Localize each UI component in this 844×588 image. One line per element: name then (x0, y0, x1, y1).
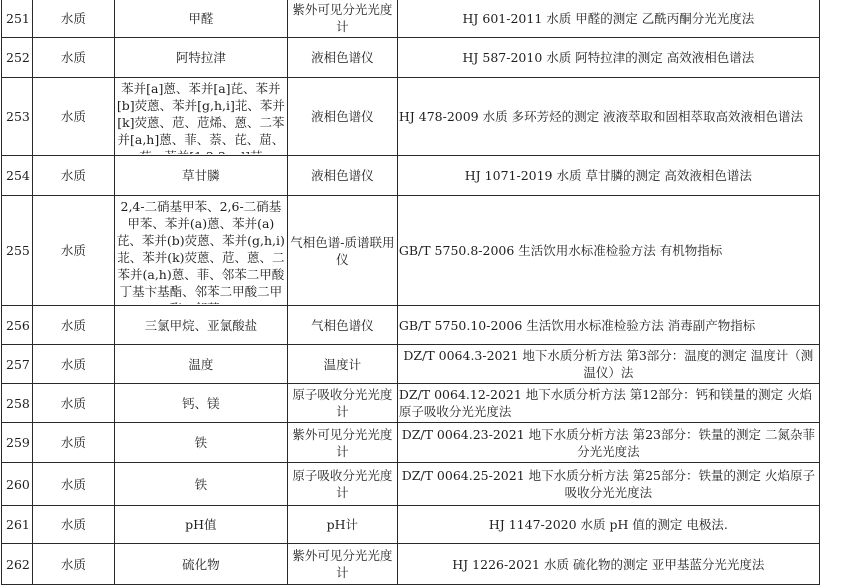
item-text: 硫化物 (117, 556, 285, 573)
standard-text: GB/T 5750.10-2006 生活饮用水标准检验方法 消毒副产物指标 (399, 318, 755, 333)
standard-text: DZ/T 0064.23-2021 地下水质分析方法 第23部分：铁量的测定 二… (402, 427, 815, 459)
row-number: 254 (2, 156, 33, 196)
instrument-text: 温度计 (324, 357, 362, 372)
item-text: pH值 (117, 516, 285, 533)
standard-text: GB/T 5750.8-2006 生活饮用水标准检验方法 有机物指标 (399, 243, 722, 258)
table-row: 251 水质 甲醛 紫外可见分光光度计 HJ 601-2011 水质 甲醛的测定… (2, 0, 820, 38)
no-text: 255 (6, 243, 30, 258)
instrument-text: 液相色谱仪 (311, 109, 374, 124)
standard-text: HJ 1226-2021 水质 硫化物的测定 亚甲基蓝分光光度法 (452, 557, 764, 572)
standard-text: DZ/T 0064.12-2021 地下水质分析方法 第12部分：钙和镁量的测定… (399, 387, 812, 419)
row-number: 253 (2, 78, 33, 156)
category-cell: 水质 (32, 345, 114, 384)
standard-text: DZ/T 0064.3-2021 地下水质分析方法 第3部分：温度的测定 温度计… (403, 348, 813, 380)
instrument-cell: 紫外可见分光光度计 (287, 0, 397, 38)
table-row: 252 水质 阿特拉津 液相色谱仪 HJ 587-2010 水质 阿特拉津的测定… (2, 38, 820, 78)
standards-table: 251 水质 甲醛 紫外可见分光光度计 HJ 601-2011 水质 甲醛的测定… (1, 0, 820, 585)
item-text: 铁 (117, 476, 285, 493)
instrument-cell: 原子吸收分光光度计 (287, 384, 397, 423)
row-number: 262 (2, 544, 33, 585)
row-number: 261 (2, 506, 33, 544)
category-text: 水质 (61, 109, 86, 124)
table-row: 262 水质 硫化物 紫外可见分光光度计 HJ 1226-2021 水质 硫化物… (2, 544, 820, 585)
instrument-cell: 液相色谱仪 (287, 78, 397, 156)
table-row: 254 水质 草甘膦 液相色谱仪 HJ 1071-2019 水质 草甘膦的测定 … (2, 156, 820, 196)
category-text: 水质 (61, 11, 86, 26)
table-row: 256 水质 三氯甲烷、亚氯酸盐 气相色谱仪 GB/T 5750.10-2006… (2, 306, 820, 345)
row-number: 256 (2, 306, 33, 345)
standard-text: HJ 1147-2020 水质 pH 值的测定 电极法. (489, 517, 728, 532)
standard-method-cell: DZ/T 0064.25-2021 地下水质分析方法 第25部分：铁量的测定 火… (397, 463, 819, 506)
category-cell: 水质 (32, 384, 114, 423)
category-text: 水质 (61, 50, 86, 65)
no-text: 259 (6, 435, 30, 450)
item-text: 钙、镁 (117, 395, 285, 412)
standard-method-cell: HJ 1226-2021 水质 硫化物的测定 亚甲基蓝分光光度法 (397, 544, 819, 585)
category-cell: 水质 (32, 544, 114, 585)
test-item-cell: 温度 (114, 345, 287, 384)
no-text: 252 (6, 50, 30, 65)
standard-text: DZ/T 0064.25-2021 地下水质分析方法 第25部分：铁量的测定 火… (402, 468, 815, 500)
item-text: 铁 (117, 434, 285, 451)
test-item-cell: 草甘膦 (114, 156, 287, 196)
standard-text: HJ 1071-2019 水质 草甘膦的测定 高效液相色谱法 (465, 168, 752, 183)
no-text: 257 (6, 357, 30, 372)
category-text: 水质 (61, 557, 86, 572)
instrument-text: 气相色谱仪 (311, 318, 374, 333)
no-text: 258 (6, 396, 30, 411)
table-row: 258 水质 钙、镁 原子吸收分光光度计 DZ/T 0064.12-2021 地… (2, 384, 820, 423)
test-item-cell: 铁 (114, 463, 287, 506)
category-cell: 水质 (32, 0, 114, 38)
test-item-cell: 2,4-二硝基甲苯、2,6-二硝基甲苯、苯并(a)蒽、苯并(a)芘、苯并(b)荧… (114, 196, 287, 306)
row-number: 255 (2, 196, 33, 306)
instrument-text: 原子吸收分光光度计 (292, 387, 392, 419)
test-item-cell: 阿特拉津 (114, 38, 287, 78)
standard-text: HJ 601-2011 水质 甲醛的测定 乙酰丙酮分光光度法 (463, 11, 755, 26)
category-cell: 水质 (32, 38, 114, 78)
instrument-text: 气相色谱-质谱联用仪 (290, 235, 394, 267)
row-number: 258 (2, 384, 33, 423)
no-text: 262 (6, 557, 30, 572)
category-cell: 水质 (32, 196, 114, 306)
table-row: 261 水质 pH值 pH计 HJ 1147-2020 水质 pH 值的测定 电… (2, 506, 820, 544)
no-text: 261 (6, 517, 30, 532)
instrument-text: 紫外可见分光光度计 (292, 2, 392, 34)
category-text: 水质 (61, 318, 86, 333)
row-number: 259 (2, 423, 33, 463)
standard-method-cell: DZ/T 0064.12-2021 地下水质分析方法 第12部分：钙和镁量的测定… (397, 384, 819, 423)
table-row: 253 水质 苯并[a]蒽、苯并[a]芘、苯并[b]荧蒽、苯并[g,h,i]苝、… (2, 78, 820, 156)
category-text: 水质 (61, 243, 86, 258)
no-text: 254 (6, 168, 30, 183)
no-text: 260 (6, 477, 30, 492)
standard-text: HJ 478-2009 水质 多环芳烃的测定 液液萃取和固相萃取高效液相色谱法 (399, 109, 803, 124)
row-number: 260 (2, 463, 33, 506)
category-text: 水质 (61, 396, 86, 411)
instrument-cell: 气相色谱仪 (287, 306, 397, 345)
row-number: 257 (2, 345, 33, 384)
instrument-cell: 紫外可见分光光度计 (287, 544, 397, 585)
instrument-cell: 温度计 (287, 345, 397, 384)
standard-method-cell: HJ 601-2011 水质 甲醛的测定 乙酰丙酮分光光度法 (397, 0, 819, 38)
instrument-text: 原子吸收分光光度计 (292, 468, 392, 500)
instrument-text: 液相色谱仪 (311, 168, 374, 183)
standard-method-cell: HJ 478-2009 水质 多环芳烃的测定 液液萃取和固相萃取高效液相色谱法 (397, 78, 819, 156)
standard-method-cell: DZ/T 0064.23-2021 地下水质分析方法 第23部分：铁量的测定 二… (397, 423, 819, 463)
test-item-cell: 甲醛 (114, 0, 287, 38)
standard-method-cell: HJ 1147-2020 水质 pH 值的测定 电极法. (397, 506, 819, 544)
instrument-text: pH计 (327, 517, 358, 532)
test-item-cell: 三氯甲烷、亚氯酸盐 (114, 306, 287, 345)
category-text: 水质 (61, 357, 86, 372)
row-number: 252 (2, 38, 33, 78)
standard-method-cell: GB/T 5750.10-2006 生活饮用水标准检验方法 消毒副产物指标 (397, 306, 819, 345)
test-item-cell: 钙、镁 (114, 384, 287, 423)
instrument-text: 紫外可见分光光度计 (292, 427, 392, 459)
test-item-cell: 硫化物 (114, 544, 287, 585)
instrument-cell: 紫外可见分光光度计 (287, 423, 397, 463)
item-text: 苯并[a]蒽、苯并[a]芘、苯并[b]荧蒽、苯并[g,h,i]苝、苯并[k]荧蒽… (117, 80, 285, 154)
standard-method-cell: HJ 587-2010 水质 阿特拉津的测定 高效液相色谱法 (397, 38, 819, 78)
item-text: 温度 (117, 356, 285, 373)
item-text: 阿特拉津 (117, 49, 285, 66)
instrument-cell: 液相色谱仪 (287, 38, 397, 78)
instrument-cell: pH计 (287, 506, 397, 544)
item-text: 草甘膦 (117, 167, 285, 184)
standard-method-cell: GB/T 5750.8-2006 生活饮用水标准检验方法 有机物指标 (397, 196, 819, 306)
table-row: 257 水质 温度 温度计 DZ/T 0064.3-2021 地下水质分析方法 … (2, 345, 820, 384)
standard-text: HJ 587-2010 水质 阿特拉津的测定 高效液相色谱法 (463, 50, 755, 65)
test-item-cell: 铁 (114, 423, 287, 463)
table-body: 251 水质 甲醛 紫外可见分光光度计 HJ 601-2011 水质 甲醛的测定… (2, 0, 820, 585)
standard-method-cell: DZ/T 0064.3-2021 地下水质分析方法 第3部分：温度的测定 温度计… (397, 345, 819, 384)
standard-method-cell: HJ 1071-2019 水质 草甘膦的测定 高效液相色谱法 (397, 156, 819, 196)
table-row: 259 水质 铁 紫外可见分光光度计 DZ/T 0064.23-2021 地下水… (2, 423, 820, 463)
instrument-cell: 原子吸收分光光度计 (287, 463, 397, 506)
category-text: 水质 (61, 477, 86, 492)
no-text: 251 (6, 11, 30, 26)
instrument-cell: 液相色谱仪 (287, 156, 397, 196)
instrument-cell: 气相色谱-质谱联用仪 (287, 196, 397, 306)
category-text: 水质 (61, 435, 86, 450)
test-item-cell: 苯并[a]蒽、苯并[a]芘、苯并[b]荧蒽、苯并[g,h,i]苝、苯并[k]荧蒽… (114, 78, 287, 156)
test-item-cell: pH值 (114, 506, 287, 544)
instrument-text: 紫外可见分光光度计 (292, 548, 392, 580)
category-cell: 水质 (32, 423, 114, 463)
category-cell: 水质 (32, 156, 114, 196)
row-number: 251 (2, 0, 33, 38)
category-cell: 水质 (32, 306, 114, 345)
item-text: 甲醛 (117, 10, 285, 27)
category-cell: 水质 (32, 463, 114, 506)
item-text: 三氯甲烷、亚氯酸盐 (117, 317, 285, 334)
no-text: 253 (6, 109, 30, 124)
table-row: 260 水质 铁 原子吸收分光光度计 DZ/T 0064.25-2021 地下水… (2, 463, 820, 506)
table-row: 255 水质 2,4-二硝基甲苯、2,6-二硝基甲苯、苯并(a)蒽、苯并(a)芘… (2, 196, 820, 306)
category-cell: 水质 (32, 78, 114, 156)
item-text: 2,4-二硝基甲苯、2,6-二硝基甲苯、苯并(a)蒽、苯并(a)芘、苯并(b)荧… (117, 198, 285, 304)
category-text: 水质 (61, 517, 86, 532)
instrument-text: 液相色谱仪 (311, 50, 374, 65)
category-cell: 水质 (32, 506, 114, 544)
category-text: 水质 (61, 168, 86, 183)
no-text: 256 (6, 318, 30, 333)
